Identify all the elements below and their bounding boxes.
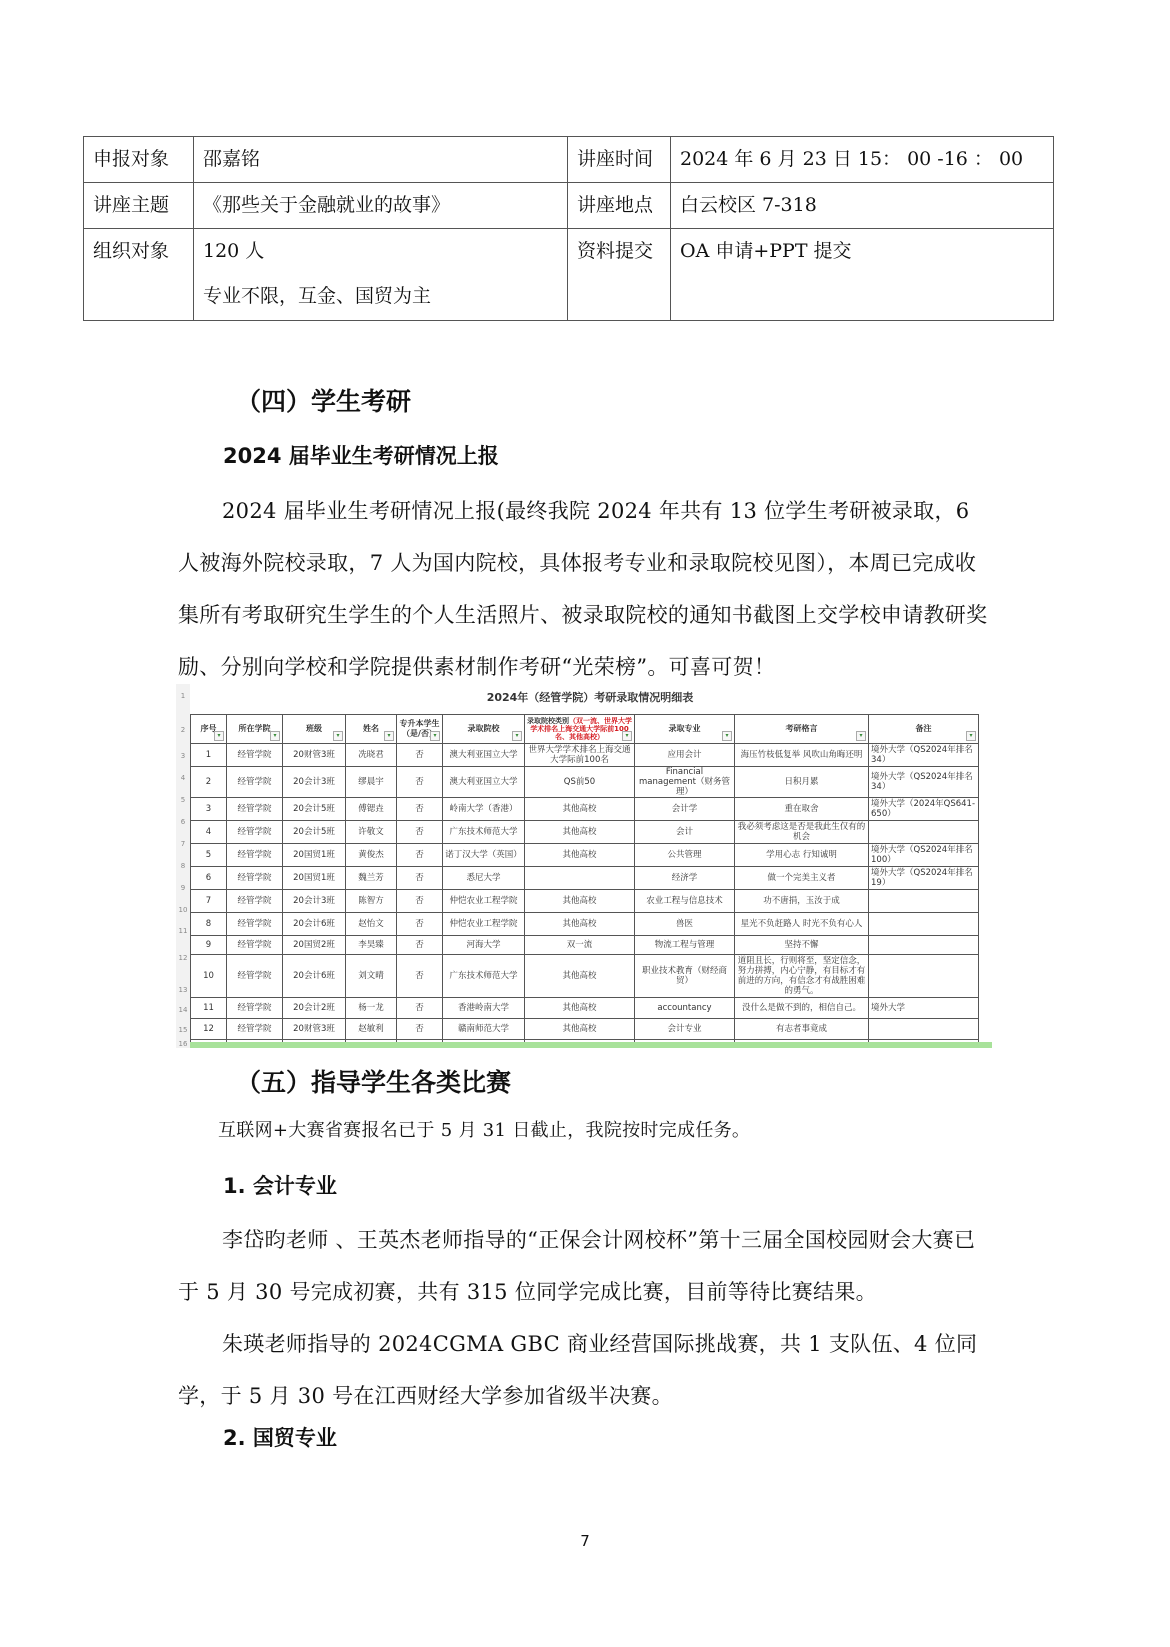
- row-number: 14: [176, 1006, 190, 1014]
- table-cell[interactable]: 20国贸1班: [283, 844, 346, 867]
- table-cell[interactable]: 境外大学（QS2024年排名34）: [869, 767, 979, 798]
- col-header-class: 班级▾: [283, 715, 346, 744]
- table-cell[interactable]: 傅锶垚: [346, 798, 397, 821]
- row-number: 1: [176, 692, 190, 700]
- table-cell[interactable]: [869, 1019, 979, 1040]
- table-cell[interactable]: 20会计2班: [283, 998, 346, 1019]
- table-cell[interactable]: 20会计5班: [283, 798, 346, 821]
- table-cell[interactable]: 其他高校: [525, 998, 635, 1019]
- table-cell[interactable]: [869, 955, 979, 998]
- table-cell[interactable]: 否: [397, 955, 443, 998]
- table-cell[interactable]: 境外大学（2024年QS641-650）: [869, 798, 979, 821]
- audience-majors: 专业不限，互金、国贸为主: [203, 282, 558, 310]
- table-cell[interactable]: 否: [397, 936, 443, 955]
- table-cell[interactable]: 12: [191, 1019, 227, 1040]
- table-cell[interactable]: 香港岭南大学: [443, 998, 525, 1019]
- table-cell[interactable]: 1: [191, 744, 227, 767]
- table-cell[interactable]: 否: [397, 821, 443, 844]
- table-row: 3经管学院20会计5班傅锶垚否岭南大学（香港）其他高校会计学重在取舍境外大学（2…: [191, 798, 979, 821]
- table-cell[interactable]: [525, 867, 635, 890]
- table-cell[interactable]: 职业技术教育（财经商贸）: [635, 955, 735, 998]
- col-header-index: 序号▾: [191, 715, 227, 744]
- section-heading-competitions: （五）指导学生各类比赛: [236, 1063, 511, 1099]
- table-cell[interactable]: 没什么是做不到的，相信自己。: [735, 998, 869, 1019]
- col-header-transfer: 专升本学生（是/否）▾: [397, 715, 443, 744]
- table-row: 7经管学院20会计3班陈智方否仲恺农业工程学院其他高校农业工程与信息技术功不唐捐…: [191, 890, 979, 913]
- table-cell[interactable]: 5: [191, 844, 227, 867]
- table-cell[interactable]: 其他高校: [525, 844, 635, 867]
- table-row: 申报对象 邵嘉铭 讲座时间 2024 年 6 月 23 日 15： 00 -16…: [84, 137, 1054, 183]
- table-cell[interactable]: 广东技术师范大学: [443, 955, 525, 998]
- table-cell[interactable]: 星光不负赶路人 时光不负有心人: [735, 913, 869, 936]
- admission-table: 序号▾ 所在学院▾ 班级▾ 姓名▾ 专升本学生（是/否）▾ 录取院校▾ 录取院校…: [190, 714, 979, 1048]
- table-cell[interactable]: 海压竹枝低复举 风吹山角晦还明: [735, 744, 869, 767]
- table-cell[interactable]: 黄俊杰: [346, 844, 397, 867]
- table-cell[interactable]: 其他高校: [525, 890, 635, 913]
- table-cell[interactable]: 否: [397, 798, 443, 821]
- table-cell[interactable]: 经管学院: [227, 1019, 283, 1040]
- table-cell[interactable]: 会计: [635, 821, 735, 844]
- value-audience: 120 人 专业不限，互金、国贸为主: [194, 229, 568, 321]
- table-row: 12经管学院20财管3班赵敏利否赣南师范大学其他高校会计专业有志者事竟成: [191, 1019, 979, 1040]
- filter-dropdown-icon[interactable]: ▾: [384, 731, 394, 741]
- row-number: 8: [176, 862, 190, 870]
- table-cell[interactable]: 缪晨宇: [346, 767, 397, 798]
- table-cell[interactable]: 悉尼大学: [443, 867, 525, 890]
- table-cell[interactable]: 7: [191, 890, 227, 913]
- table-row: 11经管学院20会计2班杨一龙否香港岭南大学其他高校accountancy没什么…: [191, 998, 979, 1019]
- table-cell[interactable]: 学用心志 行知诚明: [735, 844, 869, 867]
- table-cell[interactable]: 我必须考虑这是否是我此生仅有的机会: [735, 821, 869, 844]
- value-lecture-topic: 《那些关于金融就业的故事》: [194, 183, 568, 229]
- table-row: 6经管学院20国贸1班魏兰芳否悉尼大学经济学做一个完美主义者境外大学（QS202…: [191, 867, 979, 890]
- table-cell[interactable]: 仲恺农业工程学院: [443, 890, 525, 913]
- paragraph-accounting-1: 李岱昀老师 、王英杰老师指导的“正保会计网校杯”第十三届全国校园财会大赛已于 5…: [178, 1214, 993, 1318]
- table-cell[interactable]: 9: [191, 936, 227, 955]
- label-materials: 资料提交: [568, 229, 671, 321]
- filter-dropdown-icon[interactable]: ▾: [512, 731, 522, 741]
- table-cell[interactable]: 其他高校: [525, 955, 635, 998]
- table-cell[interactable]: 境外大学（QS2024年排名34）: [869, 744, 979, 767]
- col-header-major: 录取专业▾: [635, 715, 735, 744]
- row-number: 7: [176, 840, 190, 848]
- table-row: 2经管学院20会计3班缪晨宇否澳大利亚国立大学QS前50Financial ma…: [191, 767, 979, 798]
- row-number: 6: [176, 818, 190, 826]
- table-cell[interactable]: 20国贸1班: [283, 867, 346, 890]
- table-cell[interactable]: 日积月累: [735, 767, 869, 798]
- table-row: 8经管学院20会计6班赵怡文否仲恺农业工程学院其他高校兽医星光不负赶路人 时光不…: [191, 913, 979, 936]
- table-cell[interactable]: 否: [397, 767, 443, 798]
- table-cell[interactable]: 陈智方: [346, 890, 397, 913]
- paragraph-grad-exam: 2024 届毕业生考研情况上报(最终我院 2024 年共有 13 位学生考研被录…: [178, 485, 993, 693]
- row-number: 3: [176, 752, 190, 760]
- table-cell[interactable]: 做一个完美主义者: [735, 867, 869, 890]
- table-cell[interactable]: 农业工程与信息技术: [635, 890, 735, 913]
- table-cell[interactable]: 杨一龙: [346, 998, 397, 1019]
- table-cell[interactable]: 6: [191, 867, 227, 890]
- table-cell[interactable]: 20会计3班: [283, 890, 346, 913]
- table-cell[interactable]: 20财管3班: [283, 744, 346, 767]
- table-cell[interactable]: 经管学院: [227, 936, 283, 955]
- table-cell[interactable]: 有志者事竟成: [735, 1019, 869, 1040]
- table-cell[interactable]: 经管学院: [227, 867, 283, 890]
- table-cell[interactable]: 坚持不懈: [735, 936, 869, 955]
- table-cell[interactable]: 其他高校: [525, 821, 635, 844]
- col-header-college: 所在学院▾: [227, 715, 283, 744]
- table-cell[interactable]: 世界大学学术排名上海交通大学际前100名: [525, 744, 635, 767]
- col-header-motto: 考研格言▾: [735, 715, 869, 744]
- admission-spreadsheet: 1 2 3 4 5 6 7 8 9 10 11 12 13 14 15 16 2…: [176, 684, 992, 1048]
- table-cell[interactable]: 经管学院: [227, 767, 283, 798]
- table-row: 讲座主题 《那些关于金融就业的故事》 讲座地点 白云校区 7-318: [84, 183, 1054, 229]
- table-cell[interactable]: 20会计3班: [283, 767, 346, 798]
- filter-dropdown-icon[interactable]: ▾: [214, 731, 224, 741]
- table-cell[interactable]: 经济学: [635, 867, 735, 890]
- table-cell[interactable]: 重在取舍: [735, 798, 869, 821]
- table-cell[interactable]: QS前50: [525, 767, 635, 798]
- table-cell[interactable]: [869, 913, 979, 936]
- paragraph-internet-plus: 互联网+大赛省赛报名已于 5 月 31 日截止，我院按时完成任务。: [218, 1118, 1033, 1144]
- table-cell[interactable]: 8: [191, 913, 227, 936]
- table-cell[interactable]: 岭南大学（香港）: [443, 798, 525, 821]
- table-row: 1经管学院20财管3班冼晓君否澳大利亚国立大学世界大学学术排名上海交通大学际前1…: [191, 744, 979, 767]
- table-cell[interactable]: 经管学院: [227, 821, 283, 844]
- table-cell[interactable]: 3: [191, 798, 227, 821]
- audience-count: 120 人: [203, 237, 558, 265]
- table-cell[interactable]: 4: [191, 821, 227, 844]
- admission-table-body: 1经管学院20财管3班冼晓君否澳大利亚国立大学世界大学学术排名上海交通大学际前1…: [191, 744, 979, 1049]
- table-cell[interactable]: 广东技术师范大学: [443, 821, 525, 844]
- value-lecture-location: 白云校区 7-318: [671, 183, 1054, 229]
- table-cell[interactable]: 魏兰芳: [346, 867, 397, 890]
- label-lecture-location: 讲座地点: [568, 183, 671, 229]
- table-cell[interactable]: 诺丁汉大学（英国）: [443, 844, 525, 867]
- table-cell[interactable]: 物流工程与管理: [635, 936, 735, 955]
- table-cell[interactable]: 境外大学（QS2024年排名19）: [869, 867, 979, 890]
- table-cell[interactable]: 会计专业: [635, 1019, 735, 1040]
- table-row: 9经管学院20国贸2班李昊臻否河海大学双一流物流工程与管理坚持不懈: [191, 936, 979, 955]
- table-cell[interactable]: 否: [397, 913, 443, 936]
- table-cell[interactable]: 否: [397, 867, 443, 890]
- table-row: 10经管学院20会计6班刘文晴否广东技术师范大学其他高校职业技术教育（财经商贸）…: [191, 955, 979, 998]
- table-cell[interactable]: 兽医: [635, 913, 735, 936]
- table-cell[interactable]: 刘文晴: [346, 955, 397, 998]
- row-number: 2: [176, 726, 190, 734]
- paragraph-accounting-2: 朱瑛老师指导的 2024CGMA GBC 商业经营国际挑战赛，共 1 支队伍、4…: [178, 1318, 993, 1422]
- table-cell[interactable]: [869, 890, 979, 913]
- row-number: 5: [176, 796, 190, 804]
- row-number: 4: [176, 774, 190, 782]
- table-cell[interactable]: 经管学院: [227, 890, 283, 913]
- subheading-accounting: 1. 会计专业: [223, 1170, 337, 1200]
- spreadsheet-title: 2024年（经管学院）考研录取情况明细表: [190, 689, 990, 705]
- table-cell[interactable]: 仲恺农业工程学院: [443, 913, 525, 936]
- value-applicant: 邵嘉铭: [194, 137, 568, 183]
- table-cell[interactable]: 否: [397, 844, 443, 867]
- table-cell[interactable]: 否: [397, 890, 443, 913]
- header-row: 序号▾ 所在学院▾ 班级▾ 姓名▾ 专升本学生（是/否）▾ 录取院校▾ 录取院校…: [191, 715, 979, 744]
- filter-dropdown-icon[interactable]: ▾: [430, 731, 440, 741]
- table-cell[interactable]: 20会计6班: [283, 955, 346, 998]
- label-applicant: 申报对象: [84, 137, 194, 183]
- table-cell[interactable]: [869, 821, 979, 844]
- table-cell[interactable]: 20会计6班: [283, 913, 346, 936]
- row-number: 13: [176, 986, 190, 994]
- table-cell[interactable]: 澳大利亚国立大学: [443, 767, 525, 798]
- value-materials: OA 申请+PPT 提交: [671, 229, 1054, 321]
- row-number: 11: [176, 927, 190, 935]
- subheading-trade: 2. 国贸专业: [223, 1422, 337, 1452]
- table-cell[interactable]: 经管学院: [227, 798, 283, 821]
- row-number: 15: [176, 1026, 190, 1034]
- table-cell[interactable]: 否: [397, 1019, 443, 1040]
- table-cell[interactable]: 双一流: [525, 936, 635, 955]
- table-cell[interactable]: 11: [191, 998, 227, 1019]
- table-cell[interactable]: 其他高校: [525, 798, 635, 821]
- table-cell[interactable]: 公共管理: [635, 844, 735, 867]
- row-number: 9: [176, 884, 190, 892]
- table-cell[interactable]: 冼晓君: [346, 744, 397, 767]
- selection-bar: [190, 1042, 992, 1048]
- label-audience: 组织对象: [84, 229, 194, 321]
- table-cell[interactable]: 经管学院: [227, 955, 283, 998]
- table-cell[interactable]: 功不唐捐，玉汝于成: [735, 890, 869, 913]
- table-cell[interactable]: 道阻且长，行则将至，坚定信念，努力拼搏，内心宁静，有目标才有前进的方向，有信念才…: [735, 955, 869, 998]
- filter-dropdown-icon[interactable]: ▾: [722, 731, 732, 741]
- table-row: 4经管学院20会计5班许敬文否广东技术师范大学其他高校会计我必须考虑这是否是我此…: [191, 821, 979, 844]
- table-cell[interactable]: 经管学院: [227, 913, 283, 936]
- table-cell[interactable]: 经管学院: [227, 998, 283, 1019]
- filter-dropdown-icon[interactable]: ▾: [333, 731, 343, 741]
- filter-dropdown-icon[interactable]: ▾: [966, 731, 976, 741]
- label-lecture-time: 讲座时间: [568, 137, 671, 183]
- table-cell[interactable]: 10: [191, 955, 227, 998]
- table-cell[interactable]: 境外大学（QS2024年排名100）: [869, 844, 979, 867]
- filter-dropdown-icon[interactable]: ▾: [856, 731, 866, 741]
- lecture-info-table: 申报对象 邵嘉铭 讲座时间 2024 年 6 月 23 日 15： 00 -16…: [83, 136, 1054, 321]
- filter-dropdown-icon[interactable]: ▾: [622, 731, 632, 741]
- table-cell[interactable]: 赣南师范大学: [443, 1019, 525, 1040]
- table-cell[interactable]: 2: [191, 767, 227, 798]
- subheading-grad-exam-report: 2024 届毕业生考研情况上报: [223, 440, 499, 470]
- table-cell[interactable]: 会计学: [635, 798, 735, 821]
- table-cell[interactable]: [869, 936, 979, 955]
- table-cell[interactable]: accountancy: [635, 998, 735, 1019]
- row-number: 12: [176, 954, 190, 962]
- row-number: 10: [176, 906, 190, 914]
- table-row: 组织对象 120 人 专业不限，互金、国贸为主 资料提交 OA 申请+PPT 提…: [84, 229, 1054, 321]
- table-cell[interactable]: 赵怡文: [346, 913, 397, 936]
- row-number: 16: [176, 1040, 190, 1048]
- table-cell[interactable]: 20会计5班: [283, 821, 346, 844]
- col-header-school-category: 录取院校类别（双一流、世界大学学术排名上海交通大学际前100名、其他高校）▾: [525, 715, 635, 744]
- value-lecture-time: 2024 年 6 月 23 日 15： 00 -16 ： 00: [671, 137, 1054, 183]
- table-row: 5经管学院20国贸1班黄俊杰否诺丁汉大学（英国）其他高校公共管理学用心志 行知诚…: [191, 844, 979, 867]
- table-cell[interactable]: Financial management（财务管理）: [635, 767, 735, 798]
- label-lecture-topic: 讲座主题: [84, 183, 194, 229]
- table-cell[interactable]: 许敬文: [346, 821, 397, 844]
- table-cell[interactable]: 李昊臻: [346, 936, 397, 955]
- table-cell[interactable]: 其他高校: [525, 913, 635, 936]
- table-cell[interactable]: 赵敏利: [346, 1019, 397, 1040]
- page-number: 7: [0, 1532, 1170, 1550]
- col-header-remark: 备注▾: [869, 715, 979, 744]
- table-cell[interactable]: 澳大利亚国立大学: [443, 744, 525, 767]
- table-cell[interactable]: 境外大学: [869, 998, 979, 1019]
- table-cell[interactable]: 其他高校: [525, 1019, 635, 1040]
- table-cell[interactable]: 20国贸2班: [283, 936, 346, 955]
- table-cell[interactable]: 经管学院: [227, 844, 283, 867]
- section-heading-grad-exam: （四）学生考研: [236, 382, 411, 418]
- filter-dropdown-icon[interactable]: ▾: [270, 731, 280, 741]
- table-cell[interactable]: 河海大学: [443, 936, 525, 955]
- table-cell[interactable]: 经管学院: [227, 744, 283, 767]
- table-cell[interactable]: 应用会计: [635, 744, 735, 767]
- table-cell[interactable]: 否: [397, 744, 443, 767]
- table-cell[interactable]: 否: [397, 998, 443, 1019]
- col-header-admitted-school: 录取院校▾: [443, 715, 525, 744]
- col-header-name: 姓名▾: [346, 715, 397, 744]
- table-cell[interactable]: 20财管3班: [283, 1019, 346, 1040]
